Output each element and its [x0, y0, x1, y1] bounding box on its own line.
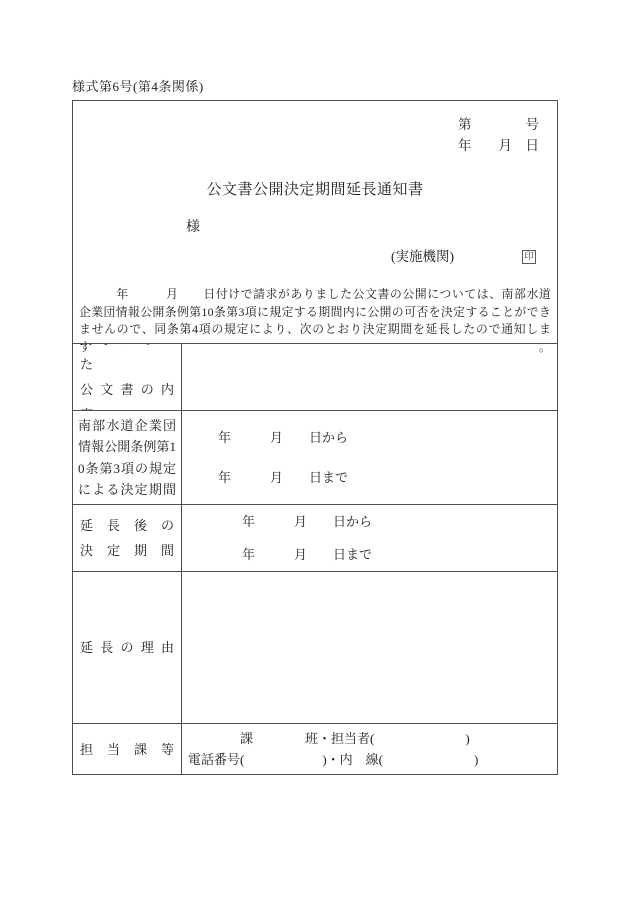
row-request-content-value-cell — [182, 343, 557, 410]
period-from-line: 年 月 日から — [242, 513, 557, 530]
contact-phone-line: 電話番号( )・内 線( ) — [188, 751, 557, 768]
row-extended-period-label-cell: 延 長 後 の 決 定 期 間 — [73, 504, 182, 571]
document-page: 様式第6号(第4条関係) 第 号 年 月 日 公文書公開決定期間延長通知書 様 … — [0, 0, 630, 903]
seal-stamp-icon: 印 — [522, 250, 536, 264]
row-department-label-cell: 担 当 課 等 — [73, 723, 182, 774]
addressee-line: 様 — [73, 218, 557, 237]
row-ordinance-period-label-cell: 南部水道企業団情報公開条例第10条第3項の規定による決定期間 — [73, 410, 182, 504]
row-extended-period-value-cell: 年 月 日から 年 月 日まで — [182, 504, 557, 571]
form-table: 請 求 の あ っ た 公 文 書 の 内 容 南部水道企業団情報公開条例第10… — [73, 343, 557, 774]
document-border-box: 第 号 年 月 日 公文書公開決定期間延長通知書 様 (実施機関) 印 年 月 … — [72, 100, 558, 775]
row-extension-reason-value-cell — [182, 571, 557, 723]
row-label: 請 求 の あ っ た 公 文 書 の 内 容 — [73, 343, 181, 410]
row-request-content-label-cell: 請 求 の あ っ た 公 文 書 の 内 容 — [73, 343, 182, 410]
period-to-line: 年 月 日まで — [218, 469, 557, 486]
document-number-line: 第 号 — [73, 114, 557, 135]
row-label: 担 当 課 等 — [73, 737, 181, 762]
row-ordinance-period-value-cell: 年 月 日から 年 月 日まで — [182, 410, 557, 504]
document-title: 公文書公開決定期間延長通知書 — [73, 180, 557, 200]
period-to-line: 年 月 日まで — [242, 546, 557, 563]
agency-line: (実施機関) 印 — [73, 247, 557, 266]
period-from-line: 年 月 日から — [218, 429, 557, 446]
row-department-value-cell: 課 班・担当者( ) 電話番号( )・内 線( ) — [182, 723, 557, 774]
row-label: 延 長 後 の 決 定 期 間 — [73, 513, 181, 563]
contact-section-line: 課 班・担当者( ) — [188, 730, 557, 747]
issue-date-line: 年 月 日 — [73, 135, 557, 156]
row-extension-reason-label-cell: 延 長 の 理 由 — [73, 571, 182, 723]
row-label: 南部水道企業団情報公開条例第10条第3項の規定による決定期間 — [73, 415, 181, 501]
form-number-label: 様式第6号(第4条関係) — [72, 76, 204, 95]
row-label: 延 長 の 理 由 — [73, 635, 181, 660]
agency-label: (実施機関) — [391, 247, 454, 266]
